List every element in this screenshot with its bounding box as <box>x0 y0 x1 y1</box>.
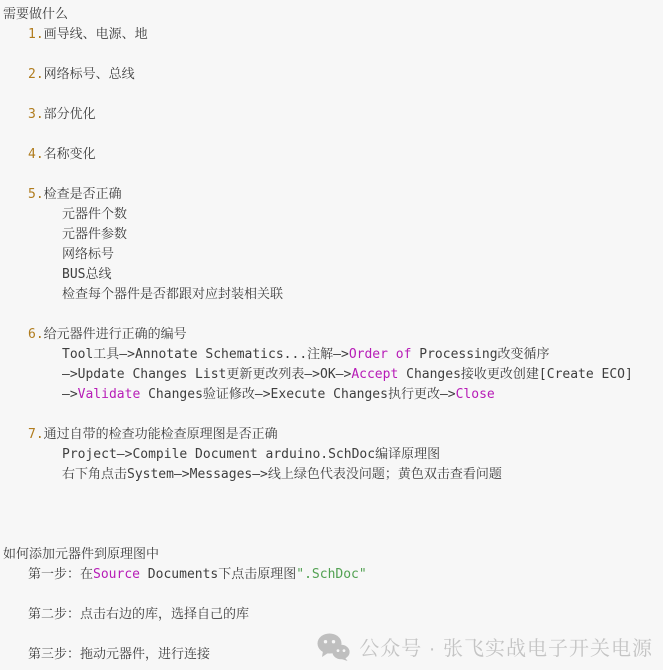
text-line: BUS总线 <box>0 265 663 285</box>
text-line: 第二步：点击右边的库，选择自己的库 <box>0 605 663 625</box>
text-segment: 给元器件进行正确的编号 <box>44 327 187 342</box>
text-segment: Changes接收更改创建[Create ECO] <box>398 367 633 382</box>
blank-line <box>0 405 663 425</box>
text-segment: 3. <box>28 107 44 122</box>
text-segment: Documents下点击原理图 <box>140 567 296 582</box>
text-segment: Tool工具—>Annotate Schematics...注解—> <box>62 347 349 362</box>
text-segment: 需要做什么 <box>3 7 68 22</box>
text-segment: —>Update Changes List更新更改列表—>OK—> <box>62 367 351 382</box>
text-segment: ".SchDoc" <box>296 567 366 582</box>
text-segment: 名称变化 <box>44 147 96 162</box>
text-line: 6.给元器件进行正确的编号 <box>0 325 663 345</box>
text-segment: BUS总线 <box>62 267 111 282</box>
text-segment: Changes验证修改—>Execute Changes执行更改—> <box>140 387 455 402</box>
blank-line <box>0 485 663 505</box>
blank-line <box>0 505 663 525</box>
text-segment: 画导线、电源、地 <box>44 27 148 42</box>
text-segment: 7. <box>28 427 44 442</box>
text-segment: Accept <box>351 367 398 382</box>
text-line: 右下角点击System—>Messages—>线上绿色代表没问题；黄色双击查看问… <box>0 465 663 485</box>
text-segment: 2. <box>28 67 44 82</box>
text-line: —>Validate Changes验证修改—>Execute Changes执… <box>0 385 663 405</box>
text-segment: 5. <box>28 187 44 202</box>
text-line: 元器件参数 <box>0 225 663 245</box>
blank-line <box>0 585 663 605</box>
blank-line <box>0 305 663 325</box>
text-line: 4.名称变化 <box>0 145 663 165</box>
notes-page: { "theme": { "background": "#f7f7f7", "t… <box>0 0 663 670</box>
text-line: Project—>Compile Document arduino.SchDoc… <box>0 445 663 465</box>
watermark-text: 公众号 · 张飞实战电子开关电源 <box>359 632 653 661</box>
text-line: —>Update Changes List更新更改列表—>OK—>Accept … <box>0 365 663 385</box>
text-line: 检查每个器件是否都跟对应封装相关联 <box>0 285 663 305</box>
text-line: 第一步：在Source Documents下点击原理图".SchDoc" <box>0 565 663 585</box>
watermark: 公众号 · 张飞实战电子开关电源 <box>317 632 653 661</box>
text-line: 2.网络标号、总线 <box>0 65 663 85</box>
text-segment: 右下角点击System—>Messages—>线上绿色代表没问题；黄色双击查看问… <box>62 467 502 482</box>
text-line: 3.部分优化 <box>0 105 663 125</box>
text-line: 5.检查是否正确 <box>0 185 663 205</box>
text-line: 7.通过自带的检查功能检查原理图是否正确 <box>0 425 663 445</box>
text-segment: 第三步：拖动元器件，进行连接 <box>28 647 210 662</box>
text-segment: 网络标号、总线 <box>44 67 135 82</box>
text-segment: 1. <box>28 27 44 42</box>
wechat-icon <box>317 633 350 661</box>
text-segment: 检查是否正确 <box>44 187 122 202</box>
text-segment: Order of <box>349 347 412 362</box>
text-segment: 检查每个器件是否都跟对应封装相关联 <box>62 287 283 302</box>
text-segment: Close <box>456 387 495 402</box>
text-segment: 4. <box>28 147 44 162</box>
text-segment: 元器件参数 <box>62 227 127 242</box>
blank-line <box>0 125 663 145</box>
blank-line <box>0 45 663 65</box>
text-segment: —> <box>62 387 78 402</box>
text-segment: Project—>Compile Document arduino.SchDoc… <box>62 447 440 462</box>
blank-line <box>0 165 663 185</box>
text-segment: Processing改变循序 <box>411 347 549 362</box>
text-segment: 第二步：点击右边的库，选择自己的库 <box>28 607 249 622</box>
text-line: 1.画导线、电源、地 <box>0 25 663 45</box>
text-segment: Source <box>93 567 140 582</box>
text-segment: Validate <box>78 387 141 402</box>
notes-document: 需要做什么1.画导线、电源、地2.网络标号、总线3.部分优化4.名称变化5.检查… <box>0 0 663 665</box>
text-line: Tool工具—>Annotate Schematics...注解—>Order … <box>0 345 663 365</box>
text-line: 如何添加元器件到原理图中 <box>0 545 663 565</box>
text-segment: 第一步：在 <box>28 567 93 582</box>
text-segment: 网络标号 <box>62 247 114 262</box>
text-segment: 6. <box>28 327 44 342</box>
text-line: 需要做什么 <box>0 5 663 25</box>
text-line: 网络标号 <box>0 245 663 265</box>
text-segment: 如何添加元器件到原理图中 <box>3 547 159 562</box>
text-segment: 通过自带的检查功能检查原理图是否正确 <box>44 427 278 442</box>
blank-line <box>0 85 663 105</box>
text-line: 元器件个数 <box>0 205 663 225</box>
blank-line <box>0 525 663 545</box>
text-segment: 部分优化 <box>44 107 96 122</box>
text-segment: 元器件个数 <box>62 207 127 222</box>
